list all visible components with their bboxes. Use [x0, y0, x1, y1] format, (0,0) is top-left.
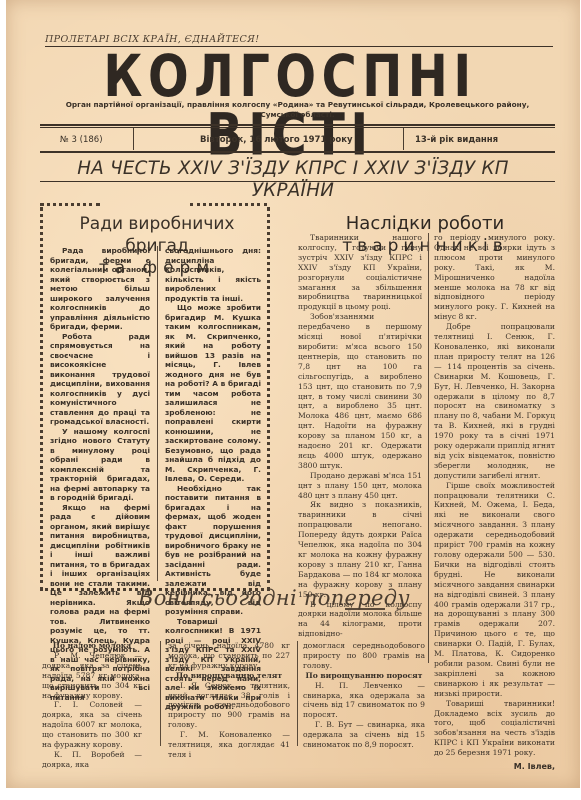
paragraph: домоглася середньодобового приросту по 8…	[303, 641, 425, 671]
meta-rule-bottom	[40, 151, 555, 153]
author-signature: М. Івлев,	[514, 762, 555, 771]
results-column-2: го періоду минулого року. Однак не всі д…	[434, 233, 555, 772]
paragraph: Зобов'язаннями передбачено в першому міс…	[298, 312, 422, 471]
subheading: По вирощуванню телят	[168, 671, 290, 681]
paragraph: Рада виробничої бригади, ферми є колегіа…	[50, 246, 150, 332]
leaders-column-3: домоглася середньодобового приросту по 8…	[303, 641, 425, 750]
column-divider	[160, 641, 161, 746]
box-border-top-left	[40, 203, 100, 206]
leaders-column-1: По надою молока Р. М. Чепелюк — доярка, …	[42, 641, 142, 770]
paragraph: Г. В. Бут — свинарка, яка одержала за сі…	[303, 720, 425, 750]
paragraph: Як видно з показників, тваринники в січн…	[298, 500, 422, 599]
column-divider	[297, 641, 298, 746]
paragraph: Робота ради спрямовується на своєчасне і…	[50, 332, 150, 427]
paragraph: І. Я. Сенюк — телятник, який доглядає 38…	[168, 681, 290, 731]
box-border-top-right	[190, 203, 267, 206]
meta-divider-right	[403, 128, 404, 150]
meta-divider-left	[133, 128, 134, 150]
paragraph: го періоду минулого року. Однак не всі д…	[434, 233, 555, 322]
leaders-article-title: Вони сьогодні попереду	[138, 586, 410, 610]
honor-banner: НА ЧЕСТЬ XXIV З'ЇЗДУ КПРС І XXIV З'ЇЗДУ …	[48, 157, 538, 201]
paragraph: Продано державі м'яса 151 цнт з плану 15…	[298, 471, 422, 501]
paragraph: Гірше своїх можливостей попрацювали теля…	[434, 481, 555, 699]
leaders-column-2: за січень надоїла 4780 кг молока, що ста…	[168, 641, 290, 760]
paragraph: Тваринники нашого колгоспу, готуючи гідн…	[298, 233, 422, 312]
paragraph: Товариші тваринники! Докладемо всіх зуси…	[434, 699, 555, 758]
organ-line: Орган партійної організації, правління к…	[50, 100, 545, 120]
paragraph: сьогоднішнього дня: дисципліна колгоспни…	[165, 246, 261, 303]
paragraph: Р. М. Чепелюк — доярка, яка за січень на…	[42, 651, 142, 701]
issue-date: Вівторок, 16 лютого 1971 року	[200, 135, 353, 145]
paragraph: Добре попрацювали телятниці І. Сенюк, Г.…	[434, 322, 555, 481]
column-divider	[157, 246, 158, 581]
paragraph: Н. П. Левченко — свинарка, яка одержала …	[303, 681, 425, 721]
header-rule-double-bottom	[40, 127, 555, 128]
paragraph: К. П. Воробей — доярка, яка	[42, 750, 142, 770]
subheading: По вирощуванню поросят	[303, 671, 425, 681]
honor-rule	[40, 181, 555, 182]
results-column-1: Тваринники нашого колгоспу, готуючи гідн…	[298, 233, 422, 639]
paragraph: Г. І. Соловей — доярка, яка за січень на…	[42, 700, 142, 750]
paragraph: Г. М. Коноваленко — телятниця, яка догля…	[168, 730, 290, 760]
subheading: По надою молока	[42, 641, 142, 651]
column-divider	[428, 233, 429, 663]
header-rule-double-top	[40, 124, 555, 126]
paragraph: У нашому колгоспі згідно нового Статуту …	[50, 427, 150, 503]
year-of-publication: 13-й рік видання	[415, 135, 498, 145]
results-title-line1: Наслідки роботи	[290, 213, 560, 235]
councils-column-1: Рада виробничої бригади, ферми є колегіа…	[50, 246, 150, 702]
paragraph: Що може зробити бригадир М. Кушка таким …	[165, 303, 261, 484]
paragraph: за січень надоїла 4780 кг молока, що ста…	[168, 641, 290, 671]
issue-number: № 3 (186)	[60, 135, 103, 145]
